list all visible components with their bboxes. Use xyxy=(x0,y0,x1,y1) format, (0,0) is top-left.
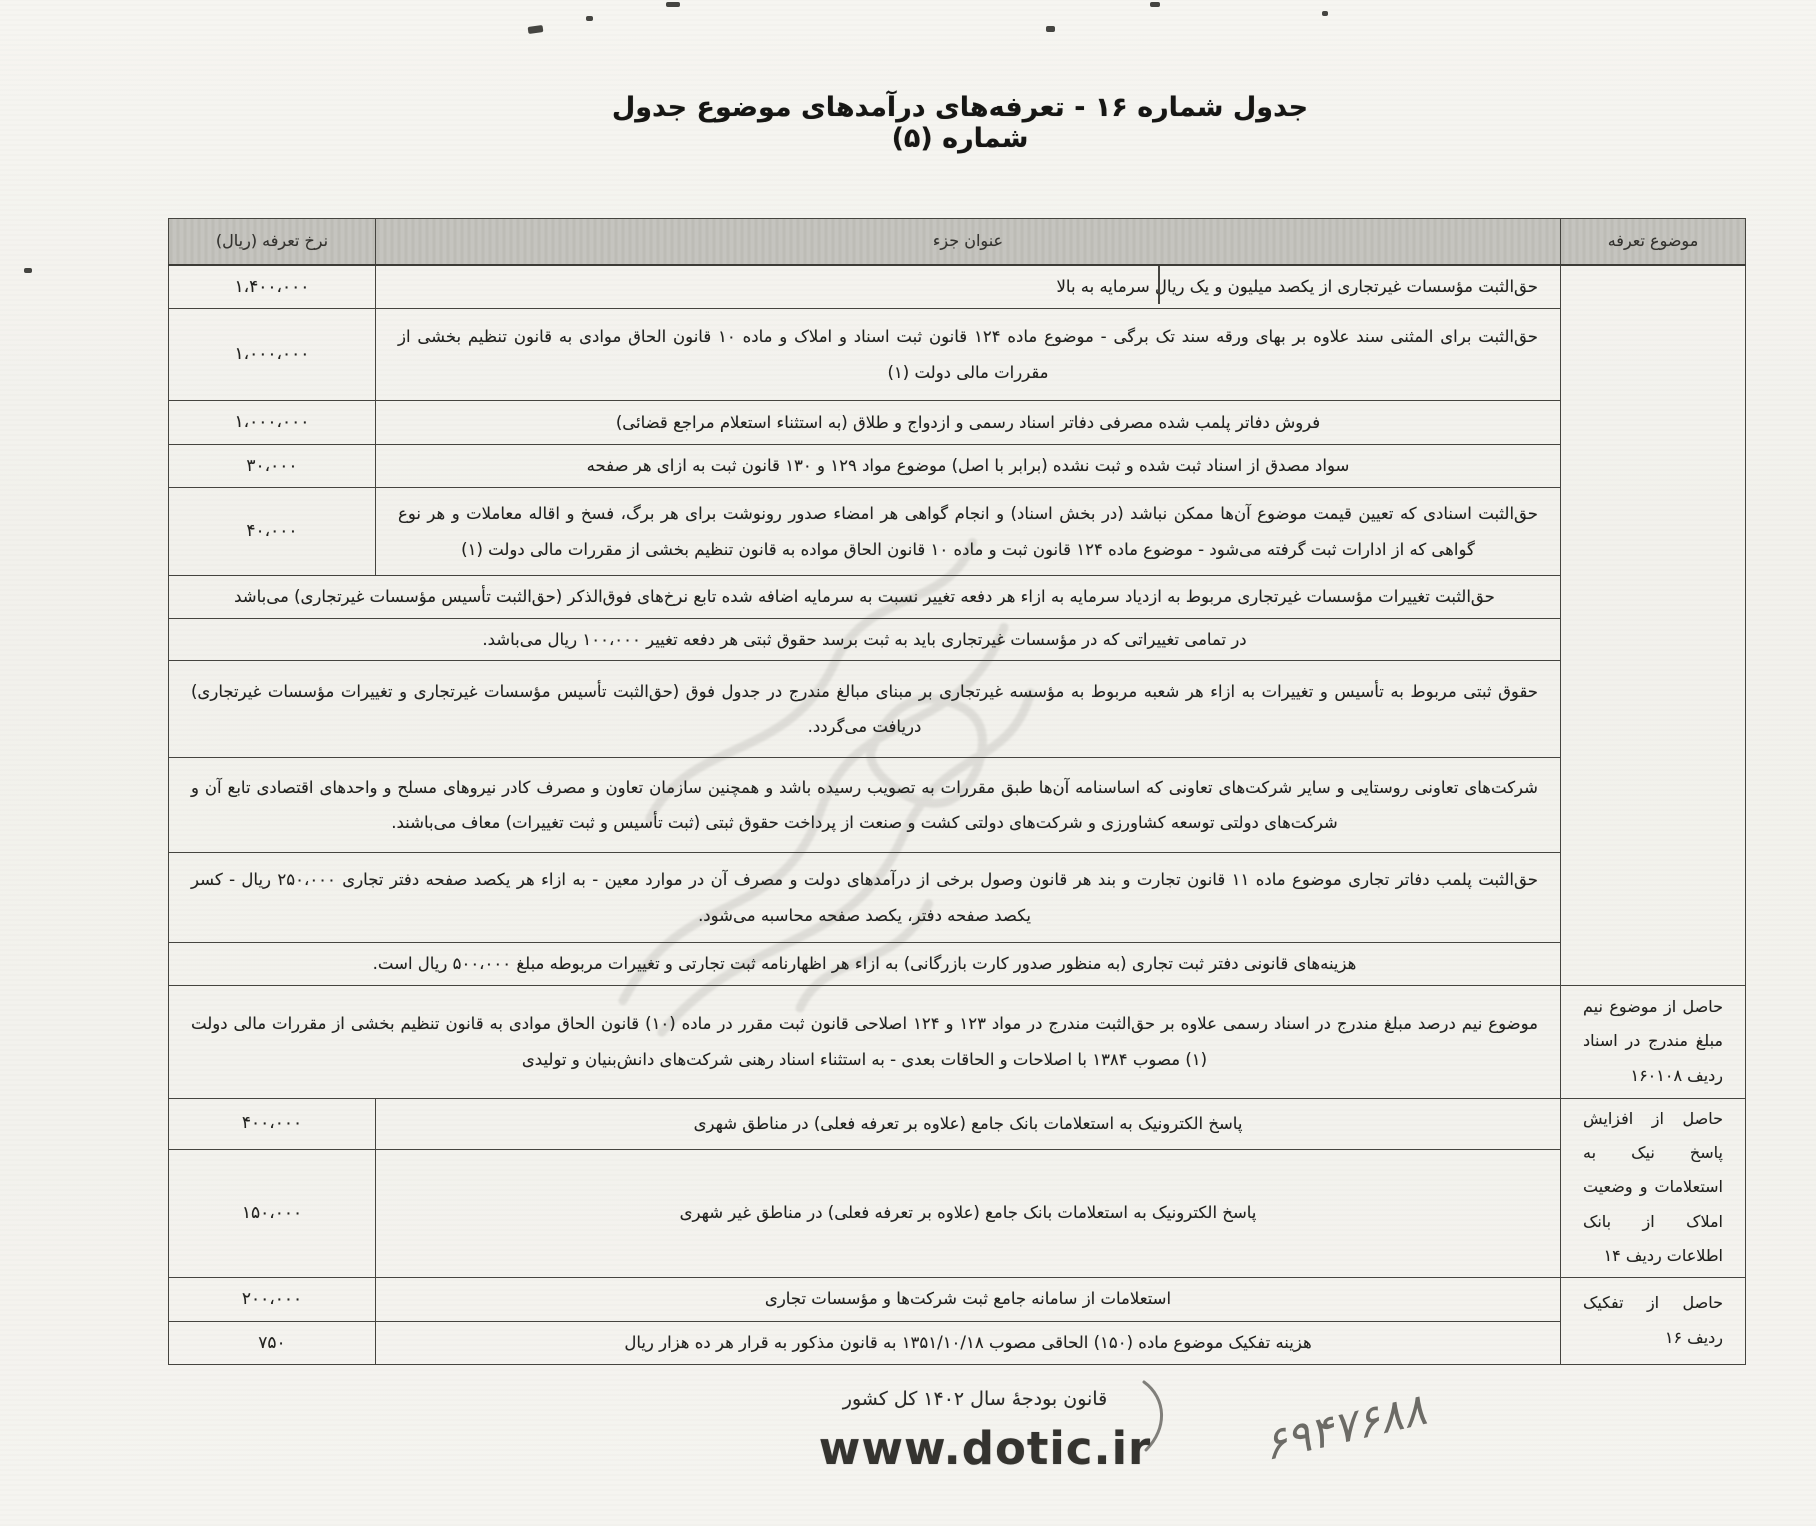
item-cell: حق‌الثبت اسنادی که تعیین قیمت موضوع آن‌ه… xyxy=(376,488,1561,576)
table-row: شرکت‌های تعاونی روستایی و سایر شرکت‌های … xyxy=(169,758,1746,853)
scan-speck xyxy=(24,268,32,273)
item-cell-wide: حقوق ثبتی مربوط به تأسیس و تغییرات به از… xyxy=(169,661,1561,758)
subject-cell: حاصل از افزایش پاسخ نیک به استعلامات و و… xyxy=(1561,1098,1746,1277)
rate-cell: ۳۰،۰۰۰ xyxy=(169,444,376,488)
footer-website: www.dotic.ir xyxy=(790,1422,1180,1475)
item-cell: استعلامات از سامانه جامع ثبت شرکت‌ها و م… xyxy=(376,1277,1561,1321)
rate-cell: ۷۵۰ xyxy=(169,1321,376,1365)
table-row: حق‌الثبت تغییرات مؤسسات غیرتجاری مربوط ب… xyxy=(169,576,1746,618)
table-row: سواد مصدق از اسناد ثبت شده و ثبت نشده (ب… xyxy=(169,444,1746,488)
scanned-document-page: جدول شماره ۱۶ - تعرفه‌های درآمدهای موضوع… xyxy=(0,0,1816,1526)
item-cell: سواد مصدق از اسناد ثبت شده و ثبت نشده (ب… xyxy=(376,444,1561,488)
table-row: در تمامی تغییراتی که در مؤسسات غیرتجاری … xyxy=(169,618,1746,660)
page-title: جدول شماره ۱۶ - تعرفه‌های درآمدهای موضوع… xyxy=(565,92,1355,154)
item-cell: پاسخ الکترونیک به استعلامات بانک جامع (ع… xyxy=(376,1149,1561,1277)
table-row: حق‌الثبت پلمب دفاتر تجاری موضوع ماده ۱۱ … xyxy=(169,853,1746,943)
subject-cell: حاصل از تفکیک ردیف ۱۶ xyxy=(1561,1277,1746,1365)
item-cell: هزینه تفکیک موضوع ماده (۱۵۰) الحاقی مصوب… xyxy=(376,1321,1561,1365)
item-cell: حق‌الثبت برای المثنی سند علاوه بر بهای و… xyxy=(376,309,1561,401)
scan-stray-line xyxy=(1158,266,1160,304)
table-row: حق‌الثبت مؤسسات غیرتجاری از یکصد میلیون … xyxy=(169,265,1746,309)
table-row: حق‌الثبت اسنادی که تعیین قیمت موضوع آن‌ه… xyxy=(169,488,1746,576)
subject-cell-empty xyxy=(1561,265,1746,986)
handwritten-number: ۶۹۴۷۶۸۸ xyxy=(1258,1384,1431,1471)
scan-speck xyxy=(1322,11,1328,16)
scan-speck xyxy=(586,16,593,21)
rate-cell: ۴۰،۰۰۰ xyxy=(169,488,376,576)
table-row: حاصل از موضوع نیم مبلغ مندرج در اسناد رد… xyxy=(169,985,1746,1098)
table-row: پاسخ الکترونیک به استعلامات بانک جامع (ع… xyxy=(169,1149,1746,1277)
pen-curve-mark xyxy=(1138,1376,1172,1456)
rate-cell: ۱،۰۰۰،۰۰۰ xyxy=(169,309,376,401)
table-row: هزینه تفکیک موضوع ماده (۱۵۰) الحاقی مصوب… xyxy=(169,1321,1746,1365)
item-cell-wide: حق‌الثبت پلمب دفاتر تجاری موضوع ماده ۱۱ … xyxy=(169,853,1561,943)
item-cell-wide: حق‌الثبت تغییرات مؤسسات غیرتجاری مربوط ب… xyxy=(169,576,1561,618)
rate-cell: ۱،۴۰۰،۰۰۰ xyxy=(169,265,376,309)
table-row: هزینه‌های قانونی دفتر ثبت تجاری (به منظو… xyxy=(169,943,1746,985)
table-row: حق‌الثبت برای المثنی سند علاوه بر بهای و… xyxy=(169,309,1746,401)
scan-speck xyxy=(528,25,544,34)
rate-cell: ۲۰۰،۰۰۰ xyxy=(169,1277,376,1321)
tariff-table: موضوع تعرفه عنوان جزء نرخ تعرفه (ریال) ح… xyxy=(168,218,1746,1365)
footer-law-title: قانون بودجهٔ سال ۱۴۰۲ کل کشور xyxy=(775,1388,1175,1410)
header-rate: نرخ تعرفه (ریال) xyxy=(169,219,376,265)
item-cell-wide: شرکت‌های تعاونی روستایی و سایر شرکت‌های … xyxy=(169,758,1561,853)
subject-cell: حاصل از موضوع نیم مبلغ مندرج در اسناد رد… xyxy=(1561,985,1746,1098)
scan-speck xyxy=(666,2,680,7)
rate-cell: ۱۵۰،۰۰۰ xyxy=(169,1149,376,1277)
item-cell: پاسخ الکترونیک به استعلامات بانک جامع (ع… xyxy=(376,1098,1561,1149)
item-cell-wide: موضوع نیم درصد مبلغ مندرج در اسناد رسمی … xyxy=(169,985,1561,1098)
table-row: حاصل از تفکیک ردیف ۱۶ استعلامات از سامان… xyxy=(169,1277,1746,1321)
header-subject: موضوع تعرفه xyxy=(1561,219,1746,265)
item-cell-wide: هزینه‌های قانونی دفتر ثبت تجاری (به منظو… xyxy=(169,943,1561,985)
scan-speck xyxy=(1046,26,1055,32)
table-row: حقوق ثبتی مربوط به تأسیس و تغییرات به از… xyxy=(169,661,1746,758)
item-cell: حق‌الثبت مؤسسات غیرتجاری از یکصد میلیون … xyxy=(376,265,1561,309)
rate-cell: ۱،۰۰۰،۰۰۰ xyxy=(169,401,376,445)
table-header-row: موضوع تعرفه عنوان جزء نرخ تعرفه (ریال) xyxy=(169,219,1746,265)
table-row: حاصل از افزایش پاسخ نیک به استعلامات و و… xyxy=(169,1098,1746,1149)
item-cell-wide: در تمامی تغییراتی که در مؤسسات غیرتجاری … xyxy=(169,618,1561,660)
rate-cell: ۴۰۰،۰۰۰ xyxy=(169,1098,376,1149)
item-cell: فروش دفاتر پلمب شده مصرفی دفاتر اسناد رس… xyxy=(376,401,1561,445)
header-item: عنوان جزء xyxy=(376,219,1561,265)
scan-speck xyxy=(1150,2,1160,7)
table-row: فروش دفاتر پلمب شده مصرفی دفاتر اسناد رس… xyxy=(169,401,1746,445)
